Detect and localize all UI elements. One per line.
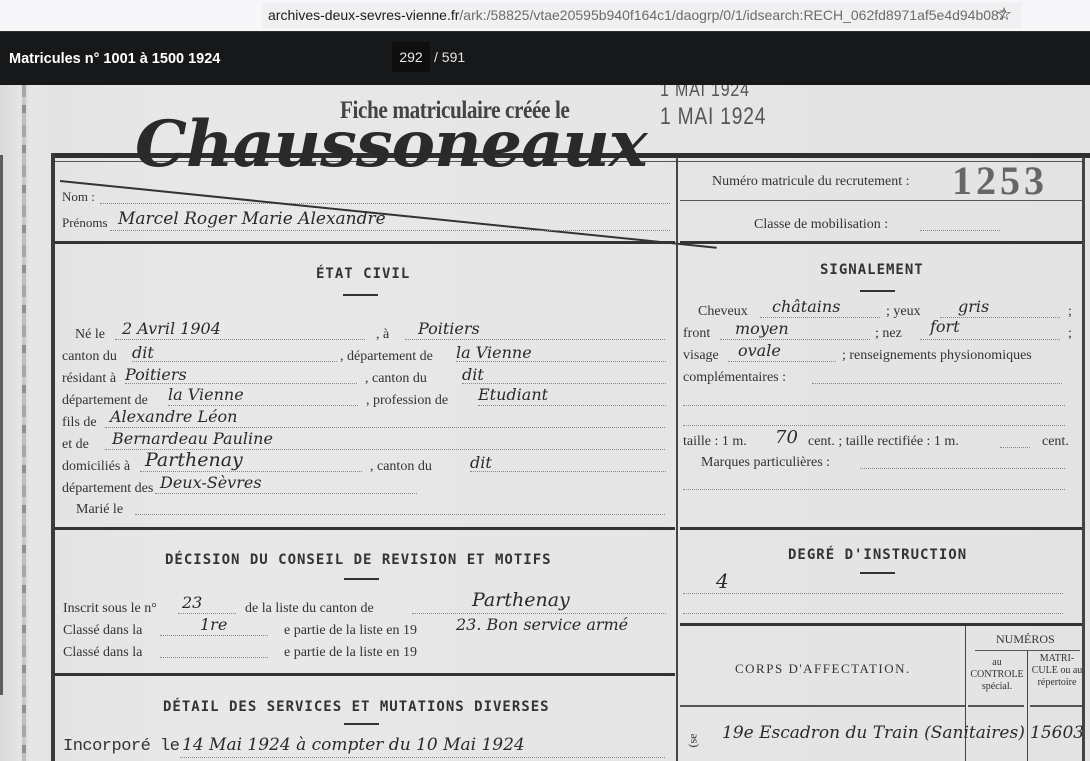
browser-address-bar: archives-deux-sevres-vienne.fr/ark:/5882… bbox=[0, 0, 1090, 31]
section-rule bbox=[680, 527, 1082, 530]
date-stamp-top: 1 MAI 1924 bbox=[660, 85, 750, 102]
departement-value: la Vienne bbox=[456, 343, 532, 362]
dotline bbox=[155, 493, 417, 494]
visage-value: ovale bbox=[738, 341, 781, 360]
dotline bbox=[178, 613, 236, 614]
dotline bbox=[683, 613, 1063, 614]
dotline bbox=[140, 471, 362, 472]
rule bbox=[1030, 705, 1082, 707]
date-stamp: 1 MAI 1924 bbox=[660, 103, 766, 131]
departement3-value: Deux-Sèvres bbox=[160, 473, 262, 492]
incorpore-label: Incorporé le bbox=[63, 737, 179, 756]
incorpore-value: 14 Mai 1924 à compter du 10 Mai 1924 bbox=[182, 735, 525, 755]
heading-underline bbox=[860, 572, 895, 574]
controle-special-label: au CONTROLE spécial. bbox=[968, 657, 1026, 693]
canton2-value: dit bbox=[462, 365, 484, 384]
domicilies-label: domiciliés à bbox=[62, 459, 130, 475]
heading-underline bbox=[343, 294, 378, 296]
url-field[interactable]: archives-deux-sevres-vienne.fr/ark:/5882… bbox=[262, 2, 1022, 28]
matricule-affectation-value: 15603 bbox=[1030, 723, 1084, 743]
heading-underline bbox=[860, 290, 895, 292]
page-number-input[interactable] bbox=[392, 42, 430, 72]
canton3-value: dit bbox=[470, 453, 492, 472]
dotline bbox=[115, 339, 365, 340]
nom-label: Nom : bbox=[62, 189, 95, 205]
degre-instruction-heading: DEGRÉ D'INSTRUCTION bbox=[788, 547, 967, 563]
cheveux-label: Cheveux bbox=[698, 304, 748, 320]
section-rule bbox=[680, 623, 1082, 626]
dotline bbox=[812, 383, 1062, 384]
services-heading: DÉTAIL DES SERVICES ET MUTATIONS DIVERSE… bbox=[163, 699, 550, 715]
classe1-label: Classé dans la bbox=[63, 623, 142, 639]
departement2-value: la Vienne bbox=[168, 385, 244, 404]
corps-affectation-value: 19e Escadron du Train (Sanitaires) bbox=[722, 723, 1025, 743]
fils-de-value: Alexandre Léon bbox=[110, 407, 237, 426]
partie2-label: e partie de la liste en 19 bbox=[284, 645, 417, 661]
margin-text: (se bbox=[686, 734, 701, 748]
numeros-label: NUMÉROS bbox=[996, 632, 1055, 647]
cent-label: cent. bbox=[1042, 434, 1069, 450]
dotline bbox=[160, 635, 268, 636]
profession-value: Etudiant bbox=[478, 385, 548, 404]
dotline bbox=[920, 339, 1060, 340]
canton3-label: , canton du bbox=[370, 459, 432, 475]
dotline bbox=[132, 361, 337, 362]
liste-label: de la liste du canton de bbox=[245, 601, 374, 617]
dotline bbox=[683, 405, 1065, 406]
dotline bbox=[720, 339, 870, 340]
nom-value: Chaussoneaux bbox=[135, 107, 647, 182]
classe-dotline bbox=[920, 230, 1000, 231]
dotline bbox=[462, 383, 666, 384]
dotline bbox=[180, 757, 665, 758]
dotline bbox=[728, 361, 836, 362]
canton2-label: , canton du bbox=[365, 371, 427, 387]
departement3-label: département des bbox=[62, 481, 153, 497]
semicolon: ; bbox=[1068, 304, 1072, 320]
classe1-value: 1re bbox=[200, 615, 227, 634]
document-scan-viewer[interactable]: 1 MAI 1924 Fiche matriculaire créée le 1… bbox=[0, 85, 1090, 761]
document-title: Matricules n° 1001 à 1500 1924 bbox=[9, 51, 220, 67]
profession-label: , profession de bbox=[366, 393, 448, 409]
dotline bbox=[160, 657, 268, 658]
dotline bbox=[860, 468, 1065, 469]
canton-label: canton du bbox=[62, 349, 117, 365]
et-de-value: Bernardeau Pauline bbox=[112, 429, 273, 448]
section-rule bbox=[55, 241, 675, 244]
cheveux-value: châtains bbox=[772, 297, 840, 316]
url-host: archives-deux-sevres-vienne.fr bbox=[268, 7, 459, 23]
dotline bbox=[478, 405, 666, 406]
section-rule bbox=[680, 241, 1082, 244]
viewer-toolbar: Matricules n° 1001 à 1500 1924 / 591 bbox=[0, 31, 1090, 86]
corps-affectation-label: CORPS D'AFFECTATION. bbox=[735, 661, 911, 677]
degre-instruction-value: 4 bbox=[716, 569, 729, 593]
classe-mobilisation-label: Classe de mobilisation : bbox=[754, 217, 888, 233]
domicilies-value: Parthenay bbox=[145, 449, 243, 471]
ne-le-label: Né le bbox=[75, 327, 105, 343]
numero-matricule-value: 1253 bbox=[952, 157, 1048, 204]
yeux-value: gris bbox=[958, 297, 989, 316]
rule bbox=[975, 650, 1080, 651]
prenoms-label: Prénoms bbox=[62, 215, 108, 231]
dotline bbox=[456, 361, 666, 362]
fils-de-label: fils de bbox=[62, 415, 97, 431]
nez-value: fort bbox=[930, 317, 960, 336]
dotline bbox=[1000, 447, 1030, 448]
page-edge bbox=[0, 155, 3, 695]
decision-heading: DÉCISION DU CONSEIL DE REVISION ET MOTIF… bbox=[165, 552, 552, 568]
taille-rest-label: cent. ; taille rectifiée : 1 m. bbox=[808, 434, 959, 450]
inscrit-value: 23 bbox=[182, 593, 202, 612]
semicolon: ; bbox=[1068, 326, 1072, 342]
dotline bbox=[135, 514, 665, 515]
marie-label: Marié le bbox=[76, 502, 123, 518]
column-divider bbox=[1027, 650, 1028, 761]
front-value: moyen bbox=[735, 319, 789, 338]
residant-label: résidant à bbox=[62, 371, 116, 387]
dotline bbox=[105, 427, 665, 428]
nom-dotline bbox=[100, 203, 670, 204]
matricule-repertoire-label: MATRI-CULE ou au répertoire bbox=[1029, 653, 1085, 689]
page-navigator: / 591 bbox=[392, 42, 465, 72]
dotline bbox=[683, 489, 1065, 490]
prenoms-dotline bbox=[110, 230, 670, 231]
heading-underline bbox=[344, 723, 379, 725]
rule bbox=[968, 705, 1024, 707]
dotline bbox=[412, 613, 666, 614]
page-total: / 591 bbox=[434, 49, 465, 65]
liste-value: Parthenay bbox=[472, 589, 570, 611]
residant-value: Poitiers bbox=[125, 365, 187, 384]
dotline bbox=[683, 593, 1063, 594]
star-icon[interactable]: ☆ bbox=[996, 4, 1012, 25]
etat-civil-heading: ÉTAT CIVIL bbox=[316, 266, 410, 282]
dotline bbox=[168, 405, 358, 406]
taille-value: 70 bbox=[775, 427, 798, 448]
yeux-label: ; yeux bbox=[886, 304, 921, 320]
binding-gutter bbox=[22, 85, 26, 761]
section-rule bbox=[55, 673, 675, 676]
partie1-value: 23. Bon service armé bbox=[456, 615, 628, 634]
dotline bbox=[405, 339, 665, 340]
departement-label: , département de bbox=[340, 349, 433, 365]
inscrit-label: Inscrit sous le n° bbox=[63, 601, 157, 617]
dotline bbox=[683, 425, 1065, 426]
url-path: /ark:/58825/vtae20595b940f164c1/daogrp/0… bbox=[459, 7, 1006, 23]
marques-label: Marques particulières : bbox=[701, 455, 830, 471]
a-value: Poitiers bbox=[418, 319, 480, 338]
dotline bbox=[125, 383, 357, 384]
taille-label: taille : 1 m. bbox=[683, 434, 747, 450]
visage-label: visage bbox=[683, 348, 719, 364]
ne-le-value: 2 Avril 1904 bbox=[122, 319, 221, 338]
rule bbox=[680, 705, 965, 707]
prenoms-value: Marcel Roger Marie Alexandre bbox=[118, 209, 386, 229]
dotline bbox=[760, 317, 880, 318]
renseignements-label: ; renseignements physionomiques bbox=[842, 348, 1032, 364]
classe2-label: Classé dans la bbox=[63, 645, 142, 661]
front-label: front bbox=[683, 326, 710, 342]
signalement-heading: SIGNALEMENT bbox=[820, 262, 924, 278]
form-border bbox=[51, 153, 55, 761]
complementaires-label: complémentaires : bbox=[683, 370, 786, 386]
nez-label: ; nez bbox=[875, 326, 902, 342]
et-de-label: et de bbox=[62, 437, 89, 453]
partie1-label: e partie de la liste en 19 bbox=[284, 623, 417, 639]
heading-underline bbox=[344, 578, 379, 580]
dotline bbox=[470, 471, 666, 472]
a-label: , à bbox=[376, 327, 389, 343]
rule bbox=[680, 200, 1082, 201]
column-divider bbox=[676, 157, 678, 761]
numero-matricule-label: Numéro matricule du recrutement : bbox=[712, 174, 909, 190]
section-rule bbox=[55, 527, 675, 530]
canton-value: dit bbox=[132, 343, 154, 362]
